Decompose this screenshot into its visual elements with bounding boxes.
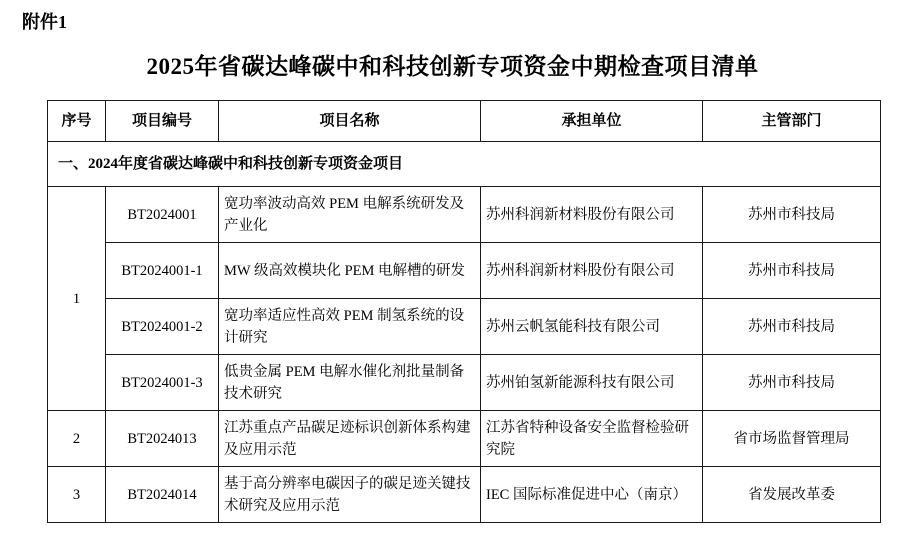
table-row: 1 BT2024001 宽功率波动高效 PEM 电解系统研发及产业化 苏州科润新… (48, 187, 881, 243)
header-code: 项目编号 (106, 101, 219, 142)
cell-unit: 苏州铂氢新能源科技有限公司 (481, 355, 703, 411)
cell-project-code: BT2024014 (106, 467, 219, 523)
header-name: 项目名称 (219, 101, 481, 142)
cell-index: 2 (48, 411, 106, 467)
cell-project-code: BT2024001 (106, 187, 219, 243)
header-dept: 主管部门 (703, 101, 881, 142)
cell-index: 1 (48, 187, 106, 411)
cell-project-name: 低贵金属 PEM 电解水催化剂批量制备技术研究 (219, 355, 481, 411)
cell-dept: 省市场监督管理局 (703, 411, 881, 467)
cell-dept: 苏州市科技局 (703, 355, 881, 411)
table-row: 3 BT2024014 基于高分辨率电碳因子的碳足迹关键技术研究及应用示范 IE… (48, 467, 881, 523)
page-title: 2025年省碳达峰碳中和科技创新专项资金中期检查项目清单 (0, 48, 905, 81)
table-header-row: 序号 项目编号 项目名称 承担单位 主管部门 (48, 101, 881, 142)
cell-project-code: BT2024001-3 (106, 355, 219, 411)
cell-project-name: 江苏重点产品碳足迹标识创新体系构建及应用示范 (219, 411, 481, 467)
header-index: 序号 (48, 101, 106, 142)
attachment-label: 附件1 (22, 8, 67, 34)
cell-dept: 苏州市科技局 (703, 187, 881, 243)
cell-project-code: BT2024001-1 (106, 243, 219, 299)
cell-dept: 苏州市科技局 (703, 243, 881, 299)
section-header-label: 一、2024年度省碳达峰碳中和科技创新专项资金项目 (48, 142, 881, 187)
cell-project-name: 宽功率波动高效 PEM 电解系统研发及产业化 (219, 187, 481, 243)
cell-unit: 苏州科润新材料股份有限公司 (481, 243, 703, 299)
table-row: BT2024001-2 宽功率适应性高效 PEM 制氢系统的设计研究 苏州云帆氢… (48, 299, 881, 355)
cell-index: 3 (48, 467, 106, 523)
cell-project-code: BT2024001-2 (106, 299, 219, 355)
cell-project-name: MW 级高效模块化 PEM 电解槽的研发 (219, 243, 481, 299)
table-row: BT2024001-3 低贵金属 PEM 电解水催化剂批量制备技术研究 苏州铂氢… (48, 355, 881, 411)
cell-project-name: 宽功率适应性高效 PEM 制氢系统的设计研究 (219, 299, 481, 355)
section-header-row: 一、2024年度省碳达峰碳中和科技创新专项资金项目 (48, 142, 881, 187)
cell-project-name: 基于高分辨率电碳因子的碳足迹关键技术研究及应用示范 (219, 467, 481, 523)
cell-project-code: BT2024013 (106, 411, 219, 467)
cell-unit: 苏州科润新材料股份有限公司 (481, 187, 703, 243)
cell-unit: 江苏省特种设备安全监督检验研究院 (481, 411, 703, 467)
header-unit: 承担单位 (481, 101, 703, 142)
cell-unit: IEC 国际标准促进中心（南京） (481, 467, 703, 523)
project-table: 序号 项目编号 项目名称 承担单位 主管部门 一、2024年度省碳达峰碳中和科技… (47, 100, 881, 523)
cell-dept: 省发展改革委 (703, 467, 881, 523)
table-row: 2 BT2024013 江苏重点产品碳足迹标识创新体系构建及应用示范 江苏省特种… (48, 411, 881, 467)
cell-unit: 苏州云帆氢能科技有限公司 (481, 299, 703, 355)
table-row: BT2024001-1 MW 级高效模块化 PEM 电解槽的研发 苏州科润新材料… (48, 243, 881, 299)
cell-dept: 苏州市科技局 (703, 299, 881, 355)
